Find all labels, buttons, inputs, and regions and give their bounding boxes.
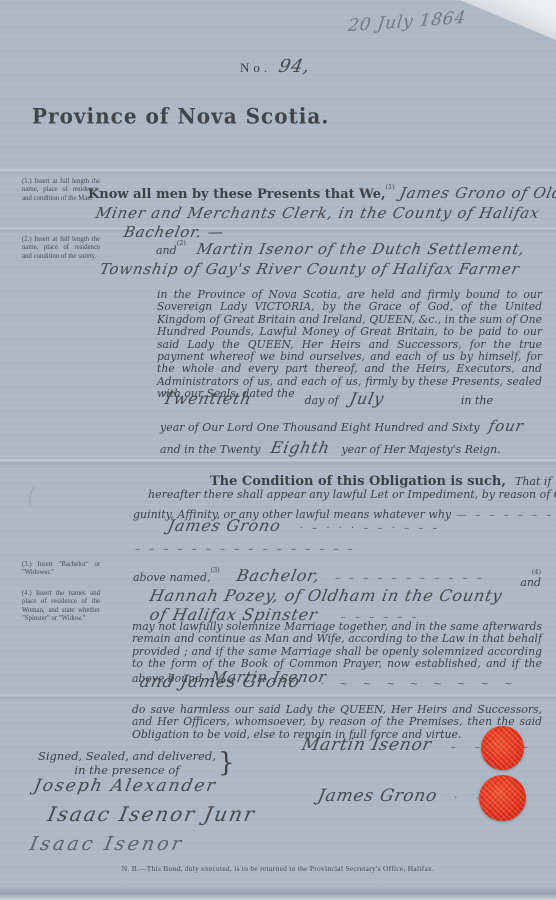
fill-dashes: · – · · · – – · – – – bbox=[300, 523, 441, 534]
condition-heading: The Condition of this Obligation is such… bbox=[210, 470, 551, 489]
month-entry: July bbox=[348, 389, 386, 408]
wax-seal-surety bbox=[481, 726, 524, 770]
page-bottom-edge bbox=[0, 886, 556, 900]
surety-line-2: Township of Gay's River County of Halifa… bbox=[100, 259, 520, 278]
surety-name-entry: Martin Isenor of the Dutch Settlement, bbox=[195, 240, 526, 258]
bond-obligation-paragraph: in the Province of Nova Scotia, are held… bbox=[157, 289, 542, 401]
fold-crease bbox=[0, 459, 556, 465]
handwritten-filing-date: 20 July 1864 bbox=[347, 8, 466, 36]
province-heading: Province of Nova Scotia. bbox=[32, 103, 329, 129]
above-named-line: above named,(3) Bachelor, – – – – – – – … bbox=[133, 566, 541, 585]
fill-dash-row: – – – – – – – – – – – – – – – – bbox=[135, 544, 540, 555]
year-entry: four bbox=[487, 417, 525, 435]
bond-number-label: No. bbox=[240, 60, 271, 75]
above-named-label: above named, bbox=[133, 571, 211, 584]
attestation-line-1: Signed, Sealed, and delivered, bbox=[38, 749, 216, 763]
footer-return-note: N. B.—This Bond, duly executed, is to be… bbox=[0, 864, 556, 873]
attestation-block: Signed, Sealed, and delivered, in the pr… bbox=[38, 748, 234, 778]
bride-name-entry: Hannah Pozey, of Oldham in the County bbox=[150, 586, 502, 605]
principal-line-2: Miner and Merchants Clerk, in the County… bbox=[96, 203, 540, 222]
reference-mark-2: (2) bbox=[177, 239, 186, 247]
reference-mark-1: (1) bbox=[386, 183, 395, 191]
witness-signature-2: Isaac Isenor Junr bbox=[48, 802, 256, 826]
fold-crease bbox=[0, 694, 556, 700]
fold-crease bbox=[0, 227, 556, 233]
year-label: year of Our Lord One Thousand Eight Hund… bbox=[160, 421, 480, 434]
surety-line-1: and(2) Martin Isenor of the Dutch Settle… bbox=[156, 239, 525, 258]
date-line: Twentieth day of July in the bbox=[163, 389, 543, 408]
opening-clause: Know all men by these Presents that We, bbox=[88, 187, 386, 202]
attestation-brace: } bbox=[218, 748, 235, 778]
and-word: and bbox=[156, 244, 177, 257]
reference-mark-3: (3) bbox=[211, 566, 220, 574]
condition-heading-bold: The Condition of this Obligation is such… bbox=[210, 474, 506, 489]
in-the-label: in the bbox=[461, 394, 493, 407]
bachelor-entry: Bachelor, bbox=[235, 566, 322, 585]
bond-number-value: 94, bbox=[277, 56, 312, 77]
document-page: 20 July 1864 No. 94, Province of Nova Sc… bbox=[0, 0, 556, 900]
day-of-label: day of bbox=[305, 394, 339, 407]
reign-label-a: and in the Twenty bbox=[160, 443, 260, 456]
fill-dashes: — – – – – – – – – bbox=[456, 510, 556, 521]
fill-dashes: · ~ ~ ~ ~ ~ ~ ~ ~ bbox=[321, 679, 519, 690]
pencil-mark bbox=[28, 484, 38, 509]
reference-mark-4: (4) bbox=[520, 568, 541, 576]
reign-year-entry: Eighth bbox=[270, 438, 333, 457]
and-word: (4)and bbox=[520, 568, 541, 589]
opening-line: Know all men by these Presents that We,(… bbox=[88, 183, 556, 202]
condition-heading-italic: That if bbox=[515, 475, 552, 488]
reign-line: and in the Twenty Eighth year of Her Maj… bbox=[160, 438, 501, 457]
margin-note-4: (4.) Insert the names and place of resid… bbox=[22, 590, 100, 624]
fold-crease bbox=[0, 169, 556, 175]
witness-signature-3: Isaac Isenor bbox=[30, 833, 184, 855]
bond-number: No. 94, bbox=[240, 56, 310, 77]
margin-note-3: (3.) Insert "Bachelor" or "Widower." bbox=[22, 561, 100, 578]
folded-corner bbox=[460, 0, 556, 40]
bound-principal-entry: and James Grono · ~ ~ ~ ~ ~ ~ ~ ~ bbox=[140, 672, 519, 692]
condition-line-1: hereafter there shall appear any lawful … bbox=[148, 488, 556, 501]
reign-label-b: year of Her Majesty's Reign. bbox=[341, 443, 500, 456]
groom-name-entry: James Grono · – · · · – – · – – – bbox=[168, 516, 440, 535]
day-entry: Twentieth bbox=[161, 389, 253, 408]
principal-name-entry: James Grono of Oldham bbox=[398, 184, 556, 202]
wax-seal-principal bbox=[479, 775, 526, 821]
margin-note-2: (2.) Insert at full length the name, pla… bbox=[22, 236, 100, 261]
fill-dashes: – – – – – – – – – – – bbox=[335, 573, 485, 584]
witness-signature-1: Joseph Alexander bbox=[34, 776, 217, 796]
attestation-line-2: in the presence of bbox=[38, 763, 216, 777]
year-line: year of Our Lord One Thousand Eight Hund… bbox=[160, 416, 523, 435]
